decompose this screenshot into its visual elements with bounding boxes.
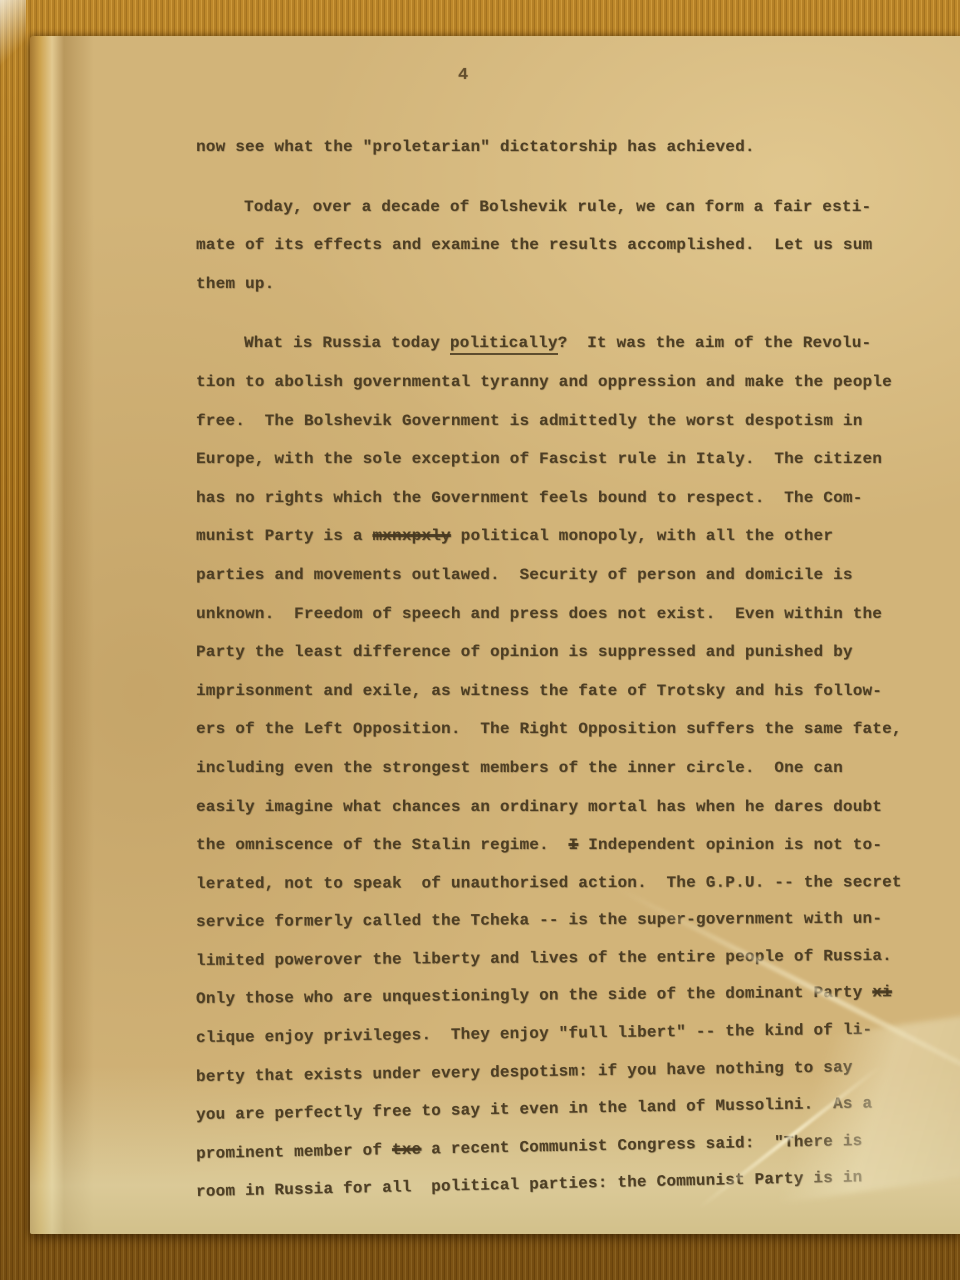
page-number: 4 [458,66,468,85]
typed-text: Europe, with the sole exception of Fasci… [196,450,882,468]
typed-text: Only those who are unquestioningly on th… [196,984,872,1009]
typed-line: ers of the Left Opposition. The Right Op… [196,710,916,749]
typed-text: tion to abolish governmental tyranny and… [196,373,892,391]
photo-background: 4 now see what the "proletarian" dictato… [0,0,960,1280]
typed-line: has no rights which the Government feels… [196,479,916,518]
typed-line: them up. [196,265,916,304]
typed-line: tion to abolish governmental tyranny and… [196,363,916,402]
typed-text: lerated, not to speak of unauthorised ac… [196,873,902,893]
typed-text: Independent opinion is not to- [578,836,882,854]
typed-text: prominent member of [196,1141,392,1163]
typed-text: unknown. Freedom of speech and press doe… [196,605,882,623]
typed-text: now see what the "proletarian" dictators… [196,138,755,156]
typed-line: service formerly called the Tcheka -- is… [196,900,916,942]
typed-line: including even the strongest members of … [196,749,916,788]
typed-line: imprisonment and exile, as witness the f… [196,672,916,711]
typed-line: lerated, not to speak of unauthorised ac… [196,863,916,903]
document-page: 4 now see what the "proletarian" dictato… [30,36,960,1234]
typed-line: Party the least difference of opinion is… [196,633,916,672]
typed-text: limited powerover the liberty and lives … [196,947,892,970]
typed-text: imprisonment and exile, as witness the f… [196,682,882,700]
typed-line: Today, over a decade of Bolshevik rule, … [196,188,916,227]
typed-line: free. The Bolshevik Government is admitt… [196,402,916,441]
struck-out-text: txe [392,1140,422,1159]
typed-line: the omniscence of the Stalin regime. I I… [196,826,916,865]
typed-line: mate of its effects and examine the resu… [196,226,916,265]
typed-text: What is Russia today [244,334,450,352]
typed-text: political monopoly, with all the other [451,527,833,545]
typed-text: has no rights which the Government feels… [196,489,863,507]
struck-out-text: xi [872,984,892,1002]
underlined-text: politically [450,334,558,355]
typed-text: Party the least difference of opinion is… [196,643,853,661]
typed-text: mate of its effects and examine the resu… [196,236,872,254]
typed-text: ers of the Left Opposition. The Right Op… [196,720,902,738]
typed-text: Today, over a decade of Bolshevik rule, … [244,198,871,216]
typed-text: including even the strongest members of … [196,759,843,777]
typed-text: them up. [196,275,274,293]
typed-text: ? It was the aim of the Revolu- [558,334,872,352]
typed-line: now see what the "proletarian" dictators… [196,128,916,167]
typed-text: parties and movements outlawed. Security… [196,566,853,584]
typed-line: What is Russia today politically? It was… [196,324,916,363]
typed-text: munist Party is a [196,527,372,545]
typed-line: parties and movements outlawed. Security… [196,556,916,595]
typed-text: free. The Bolshevik Government is admitt… [196,412,863,430]
typed-line: easily imagine what chances an ordinary … [196,788,916,827]
typed-text: easily imagine what chances an ordinary … [196,798,882,816]
struck-out-text: mxnxpxly [372,527,450,545]
struck-out-text: I [568,836,578,854]
typed-text: the omniscence of the Stalin regime. [196,836,568,854]
typed-text: service formerly called the Tcheka -- is… [196,910,882,931]
corner-glint [0,0,26,70]
typed-line: munist Party is a mxnxpxly political mon… [196,517,916,556]
typed-line: Europe, with the sole exception of Fasci… [196,440,916,479]
typed-line: unknown. Freedom of speech and press doe… [196,595,916,634]
